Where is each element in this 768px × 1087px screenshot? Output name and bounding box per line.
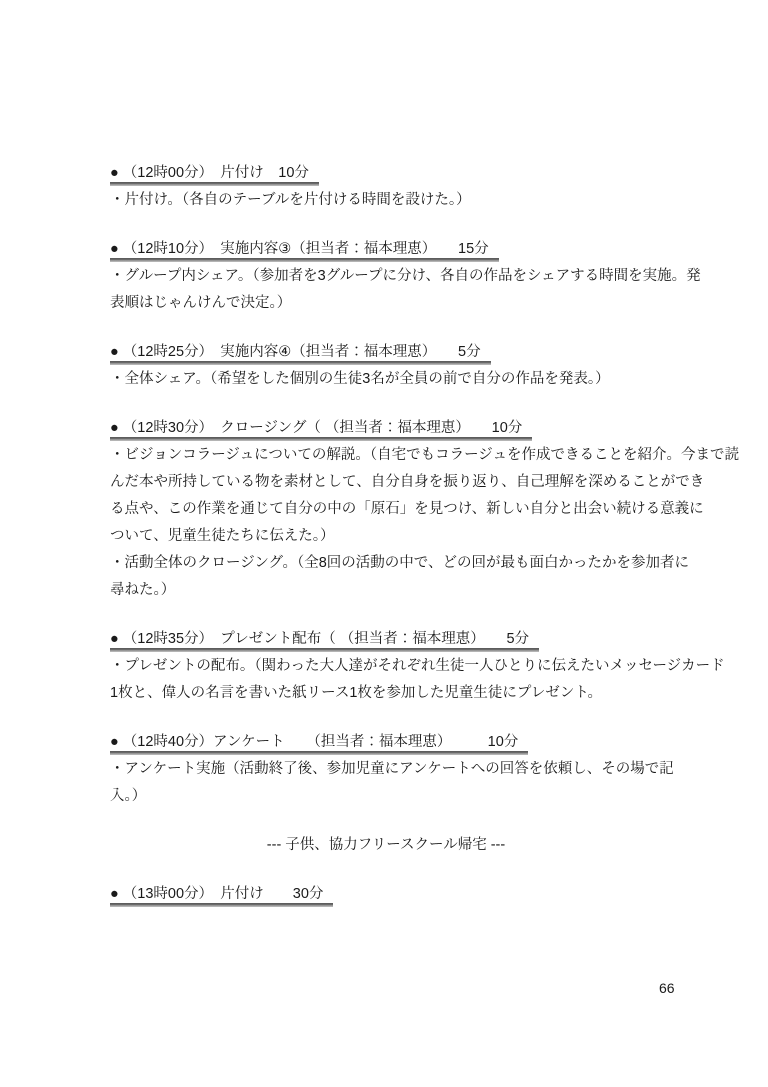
section-heading: ● （12時35分） プレゼント配布（ （担当者：福本理恵） 5分: [110, 626, 662, 653]
section-heading-text: ● （12時25分） 実施内容④（担当者：福本理恵） 5分: [110, 339, 481, 366]
separator-note: --- 子供、協力フリースクール帰宅 ---: [110, 832, 662, 859]
section-body: ・プレゼントの配布。（関わった大人達がそれぞれ生徒一人ひとりに伝えたいメッセージ…: [110, 653, 662, 707]
section-heading: ● （13時00分） 片付け 30分: [110, 881, 662, 908]
schedule-section-closing-1230: ● （12時30分） クロージング（ （担当者：福本理恵） 10分 ・ビジョンコ…: [110, 415, 662, 604]
section-body: ・アンケート実施（活動終了後、参加児童にアンケートへの回答を依頼し、その場で記 …: [110, 756, 662, 810]
schedule-section-activity4-1225: ● （12時25分） 実施内容④（担当者：福本理恵） 5分 ・全体シェア。（希望…: [110, 339, 662, 393]
section-body: ・全体シェア。（希望をした個別の生徒3名が全員の前で自分の作品を発表。）: [110, 366, 662, 393]
section-heading: ● （12時25分） 実施内容④（担当者：福本理恵） 5分: [110, 339, 662, 366]
section-heading: ● （12時30分） クロージング（ （担当者：福本理恵） 10分: [110, 415, 662, 442]
section-body: ・グループ内シェア。（参加者を3グループに分け、各自の作品をシェアする時間を実施…: [110, 263, 662, 317]
section-heading: ● （12時00分） 片付け 10分: [110, 160, 662, 187]
section-body: ・片付け。（各自のテーブルを片付ける時間を設けた。）: [110, 187, 662, 214]
document-page: ● （12時00分） 片付け 10分 ・片付け。（各自のテーブルを片付ける時間を…: [0, 0, 768, 1087]
schedule-section-cleanup-1300: ● （13時00分） 片付け 30分: [110, 881, 662, 908]
section-heading-text: ● （12時30分） クロージング（ （担当者：福本理恵） 10分: [110, 415, 522, 442]
section-heading: ● （12時10分） 実施内容③（担当者：福本理恵） 15分: [110, 236, 662, 263]
schedule-section-cleanup-1200: ● （12時00分） 片付け 10分 ・片付け。（各自のテーブルを片付ける時間を…: [110, 160, 662, 214]
section-heading-text: ● （12時35分） プレゼント配布（ （担当者：福本理恵） 5分: [110, 626, 529, 653]
section-heading: ● （12時40分）アンケート （担当者：福本理恵） 10分: [110, 729, 662, 756]
section-body: ・ビジョンコラージュについての解説。（自宅でもコラージュを作成できることを紹介。…: [110, 442, 662, 604]
schedule-section-present-1235: ● （12時35分） プレゼント配布（ （担当者：福本理恵） 5分 ・プレゼント…: [110, 626, 662, 707]
page-content: ● （12時00分） 片付け 10分 ・片付け。（各自のテーブルを片付ける時間を…: [110, 160, 662, 930]
section-heading-text: ● （12時10分） 実施内容③（担当者：福本理恵） 15分: [110, 236, 489, 263]
page-number: 66: [659, 979, 675, 997]
section-heading-text: ● （12時40分）アンケート （担当者：福本理恵） 10分: [110, 729, 518, 756]
section-heading-text: ● （13時00分） 片付け 30分: [110, 881, 323, 908]
schedule-section-activity3-1210: ● （12時10分） 実施内容③（担当者：福本理恵） 15分 ・グループ内シェア…: [110, 236, 662, 317]
section-heading-text: ● （12時00分） 片付け 10分: [110, 160, 309, 187]
schedule-section-survey-1240: ● （12時40分）アンケート （担当者：福本理恵） 10分 ・アンケート実施（…: [110, 729, 662, 810]
